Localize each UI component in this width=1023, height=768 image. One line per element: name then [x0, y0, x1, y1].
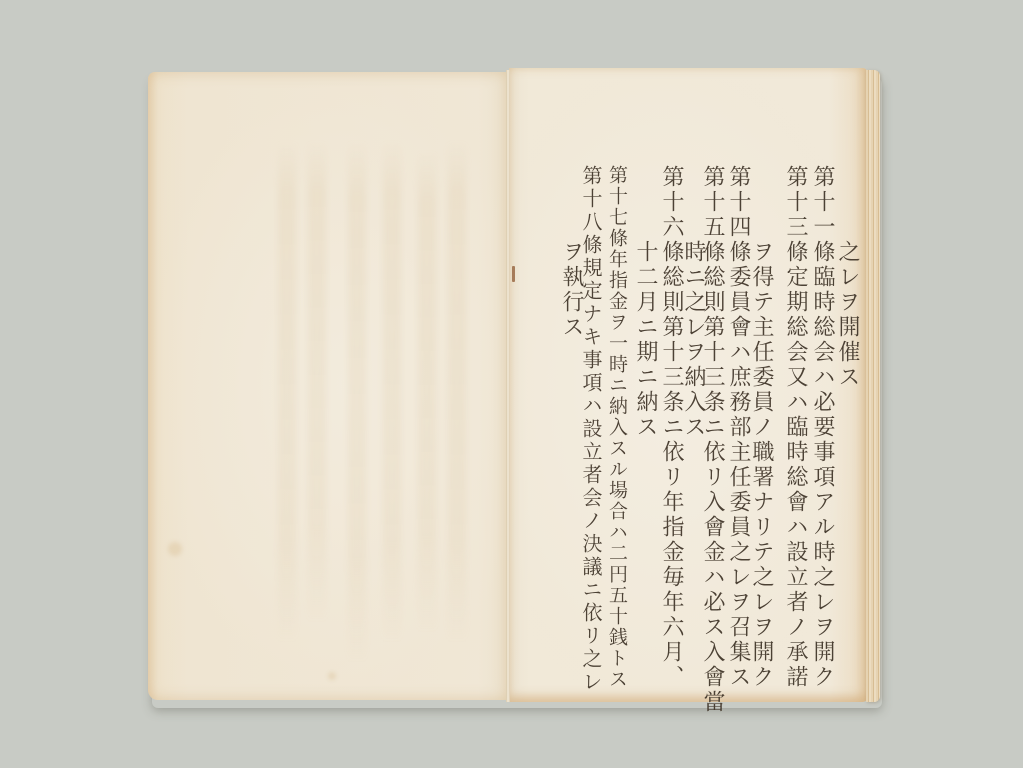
paper-stain — [328, 672, 336, 680]
text-column-10: 第十七條年指金ヲ一時ニ納入スル場合ハ二円五十銭トス — [607, 165, 626, 690]
text-column-12: ヲ執行ス — [560, 240, 582, 340]
text-column-8: 第十六條総則第十三条ニ依リ年指金毎年六月、 — [660, 165, 682, 690]
bleed-through-column — [448, 142, 466, 642]
text-column-4: ヲ得テ主任委員ノ職署ナリテ之レヲ開ク — [750, 240, 772, 690]
text-column-5: 第十四條委員會ハ庶務部主任委員之レヲ召集ス — [727, 165, 749, 690]
book-spine — [506, 70, 510, 702]
text-column-1: 之レヲ開催ス — [836, 240, 858, 390]
text-column-7: 時ニ之レヲ納入ス — [682, 240, 704, 440]
text-column-3: 第十三條定期総会又ハ臨時総會ハ設立者ノ承諾 — [784, 165, 806, 690]
text-column-2: 第十一條臨時総会ハ必要事項アル時之レヲ開ク — [811, 165, 833, 690]
bleed-through-column — [308, 142, 326, 622]
text-column-9: 十二月ニ期ニ納ス — [634, 240, 656, 440]
left-page — [148, 72, 507, 700]
bleed-through-column — [383, 142, 401, 642]
binding-thread-mark — [512, 266, 515, 282]
bleed-through-column — [278, 142, 296, 642]
page-stack-edges — [866, 70, 880, 702]
bleed-through-column — [348, 142, 366, 662]
handwritten-text-block: 之レヲ開催ス 第十一條臨時総会ハ必要事項アル時之レヲ開ク 第十三條定期総会又ハ臨… — [560, 150, 860, 650]
bleed-through-column — [418, 152, 436, 632]
text-column-11: 第十八條規定ナキ事項ハ設立者会ノ決議ニ依リ之レ — [581, 165, 601, 694]
open-notebook: 之レヲ開催ス 第十一條臨時総会ハ必要事項アル時之レヲ開ク 第十三條定期総会又ハ臨… — [0, 0, 1023, 768]
paper-stain — [168, 542, 182, 556]
